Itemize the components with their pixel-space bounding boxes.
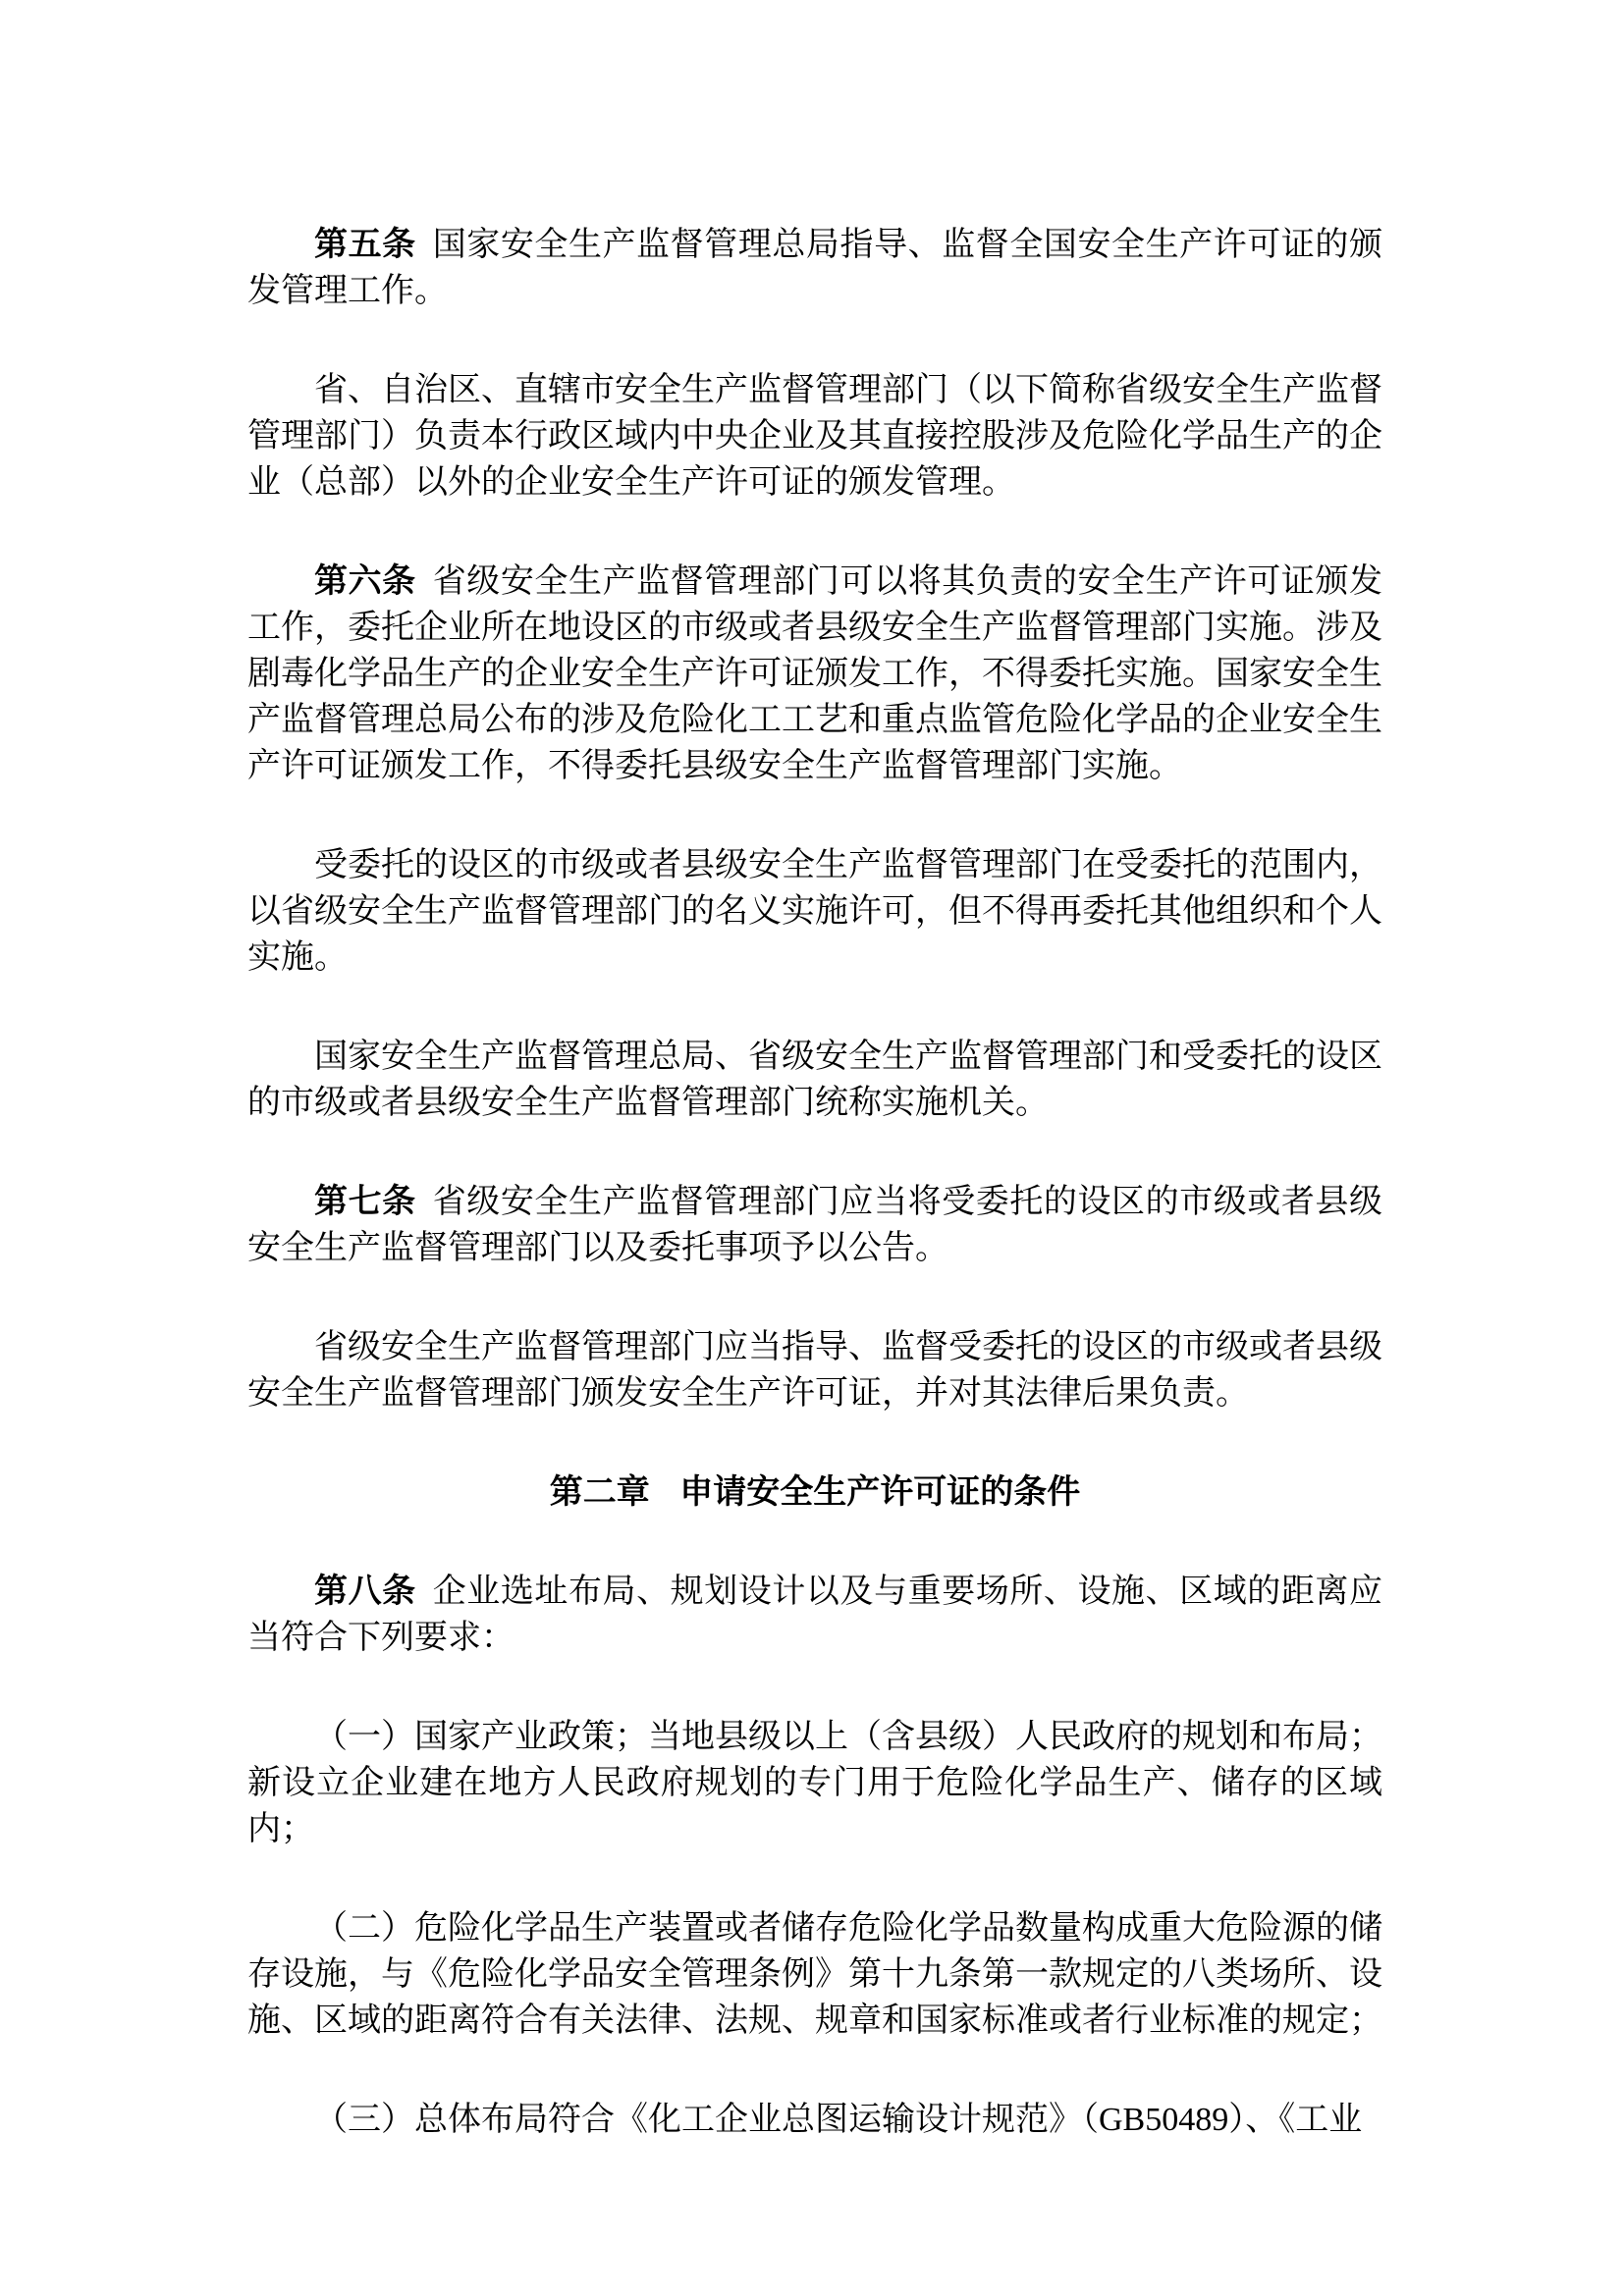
paragraph-text: 省、自治区、直辖市安全生产监督管理部门（以下简称省级安全生产监督管理部门）负责本… xyxy=(247,372,1382,501)
body-paragraph: 受委托的设区的市级或者县级安全生产监督管理部门在受委托的范围内，以省级安全生产监… xyxy=(247,842,1382,981)
body-paragraph: （一）国家产业政策；当地县级以上（含县级）人民政府的规划和布局；新设立企业建在地… xyxy=(247,1714,1382,1852)
paragraph-text: （三）总体布局符合《化工企业总图运输设计规范》（GB50489）、《工业 xyxy=(314,2102,1362,2138)
article-number: 第八条 xyxy=(314,1574,416,1610)
document-page: 第五条国家安全生产监督管理总局指导、监督全国安全生产许可证的颁发管理工作。 省、… xyxy=(0,0,1624,2296)
article-text: 省级安全生产监督管理部门应当将受委托的设区的市级或者县级安全生产监督管理部门以及… xyxy=(247,1184,1382,1266)
article-number: 第七条 xyxy=(314,1184,416,1220)
paragraph-text: （一）国家产业政策；当地县级以上（含县级）人民政府的规划和布局；新设立企业建在地… xyxy=(247,1719,1382,1847)
paragraph-text: （二）危险化学品生产装置或者储存危险化学品数量构成重大危险源的储存设施，与《危险… xyxy=(247,1910,1382,2039)
article-paragraph: 第五条国家安全生产监督管理总局指导、监督全国安全生产许可证的颁发管理工作。 xyxy=(247,222,1382,314)
article-number: 第五条 xyxy=(314,227,416,263)
article-number: 第六条 xyxy=(314,563,416,600)
body-paragraph: （三）总体布局符合《化工企业总图运输设计规范》（GB50489）、《工业 xyxy=(247,2097,1382,2143)
article-paragraph: 第七条省级安全生产监督管理部门应当将受委托的设区的市级或者县级安全生产监督管理部… xyxy=(247,1179,1382,1271)
body-paragraph: （二）危险化学品生产装置或者储存危险化学品数量构成重大危险源的储存设施，与《危险… xyxy=(247,1905,1382,2044)
chapter-title: 申请安全生产许可证的条件 xyxy=(679,1474,1080,1511)
paragraph-text: 国家安全生产监督管理总局、省级安全生产监督管理部门和受委托的设区的市级或者县级安… xyxy=(247,1039,1382,1121)
document-content: 第五条国家安全生产监督管理总局指导、监督全国安全生产许可证的颁发管理工作。 省、… xyxy=(247,222,1382,2143)
article-paragraph: 第八条企业选址布局、规划设计以及与重要场所、设施、区域的距离应当符合下列要求： xyxy=(247,1569,1382,1661)
paragraph-text: 受委托的设区的市级或者县级安全生产监督管理部门在受委托的范围内，以省级安全生产监… xyxy=(247,847,1382,976)
article-paragraph: 第六条省级安全生产监督管理部门可以将其负责的安全生产许可证颁发工作，委托企业所在… xyxy=(247,559,1382,789)
chapter-heading: 第二章申请安全生产许可证的条件 xyxy=(247,1469,1382,1516)
article-text: 企业选址布局、规划设计以及与重要场所、设施、区域的距离应当符合下列要求： xyxy=(247,1574,1382,1656)
body-paragraph: 省级安全生产监督管理部门应当指导、监督受委托的设区的市级或者县级安全生产监督管理… xyxy=(247,1324,1382,1416)
article-text: 省级安全生产监督管理部门可以将其负责的安全生产许可证颁发工作，委托企业所在地设区… xyxy=(247,563,1382,784)
body-paragraph: 国家安全生产监督管理总局、省级安全生产监督管理部门和受委托的设区的市级或者县级安… xyxy=(247,1034,1382,1126)
chapter-number: 第二章 xyxy=(550,1474,650,1511)
body-paragraph: 省、自治区、直辖市安全生产监督管理部门（以下简称省级安全生产监督管理部门）负责本… xyxy=(247,367,1382,506)
paragraph-text: 省级安全生产监督管理部门应当指导、监督受委托的设区的市级或者县级安全生产监督管理… xyxy=(247,1329,1382,1412)
article-text: 国家安全生产监督管理总局指导、监督全国安全生产许可证的颁发管理工作。 xyxy=(247,227,1382,309)
